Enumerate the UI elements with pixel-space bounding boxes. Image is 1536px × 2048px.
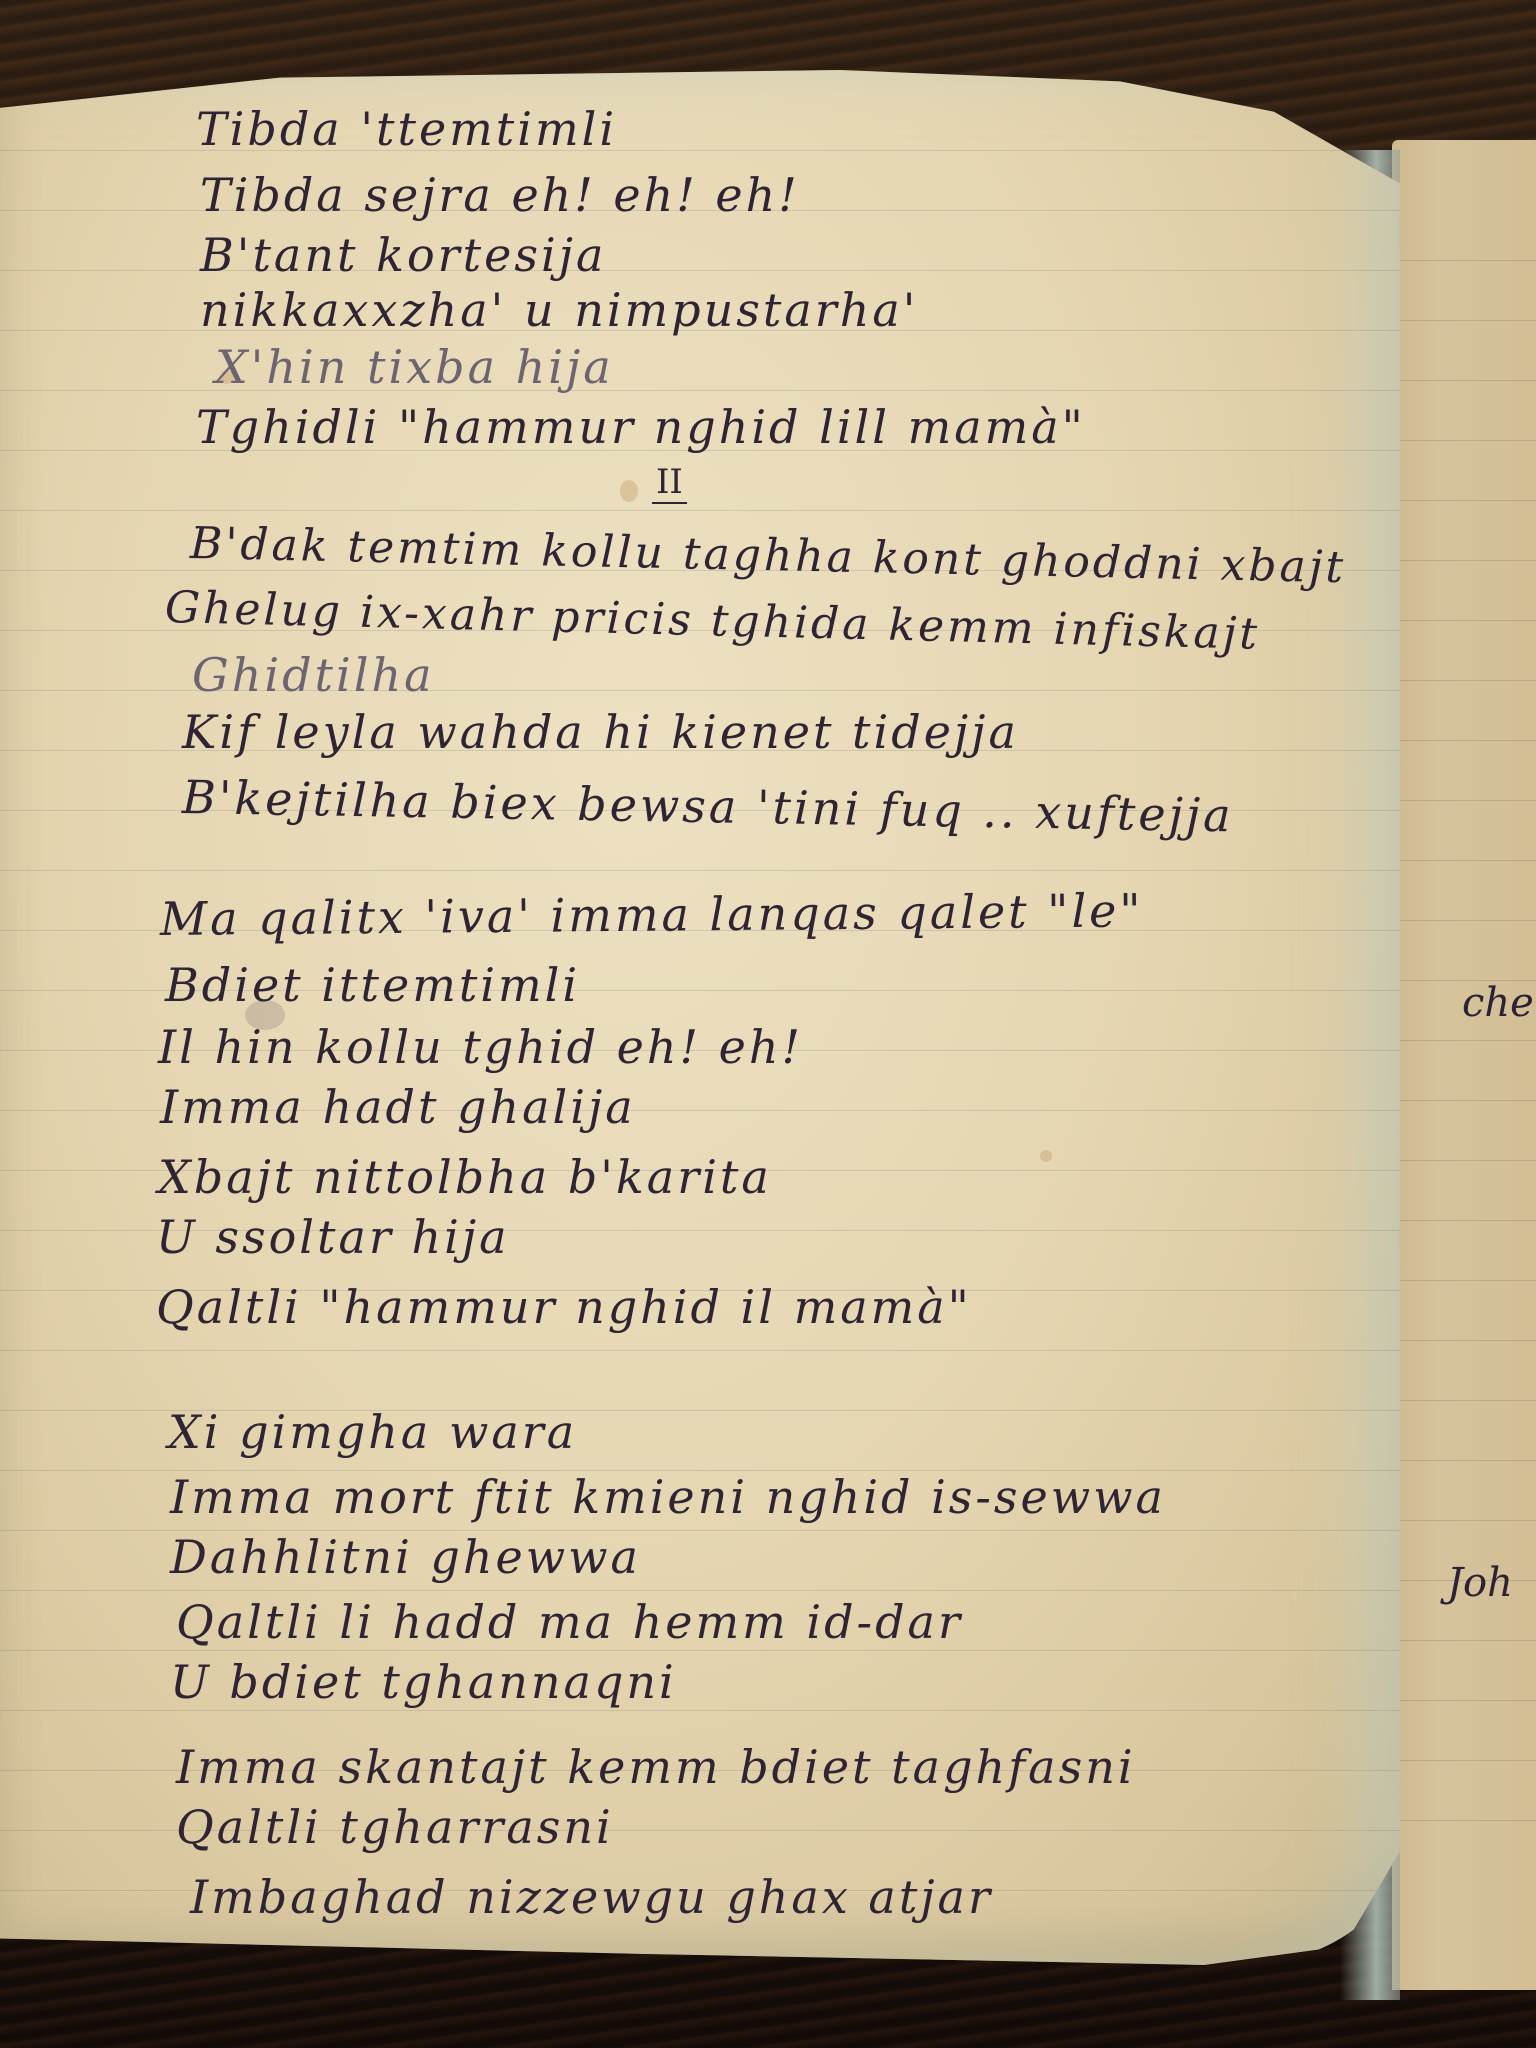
poem-line: Tibda sejra eh! eh! eh! — [200, 168, 800, 222]
poem-line: Xi gimgha wara — [168, 1405, 577, 1459]
poem-line: Qaltli li hadd ma hemm id-dar — [176, 1595, 963, 1649]
poem-line: Qaltli tgharrasni — [176, 1800, 614, 1854]
section-number: II — [652, 462, 687, 504]
poem-line: Kif leyla wahda hi kienet tidejja — [182, 705, 1019, 759]
adjacent-notebook-page: che Joh — [1392, 140, 1536, 1990]
poem-line: Qaltli "hammur nghid il mamà" — [156, 1280, 972, 1334]
poem-line: Xbajt nittolbha b'karita — [158, 1150, 772, 1204]
poem-line: U ssoltar hija — [156, 1210, 510, 1264]
adjacent-page-word: che — [1462, 980, 1534, 1026]
poem-line: B'kejtilha biex bewsa 'tini fuq .. xufte… — [182, 770, 1234, 842]
poem-line: Tghidli "hammur nghid lill mamà" — [196, 400, 1086, 454]
poem-line: Imma hadt ghalija — [160, 1080, 636, 1134]
handwritten-poem: Tibda 'ttemtimli Tibda sejra eh! eh! eh!… — [0, 0, 1400, 1900]
poem-line: Imma skantajt kemm bdiet taghfasni — [176, 1740, 1136, 1794]
poem-line: Tibda 'ttemtimli — [196, 102, 617, 156]
poem-line: Dahhlitni ghewwa — [170, 1530, 641, 1584]
poem-line: Bdiet ittemtimli — [165, 958, 580, 1012]
poem-line: nikkaxxzha' u nimpustarha' — [200, 283, 918, 337]
poem-line: Imma mort ftit kmieni nghid is-sewwa — [170, 1470, 1166, 1524]
poem-line: Il hin kollu tghid eh! eh! — [158, 1020, 803, 1074]
poem-line: X'hin tixba hija — [215, 340, 614, 394]
adjacent-page-word: Joh — [1447, 1560, 1513, 1606]
poem-line: Ghidtilha — [192, 648, 435, 702]
poem-line: Ma qalitx 'iva' imma lanqas qalet "le" — [160, 883, 1144, 946]
poem-line: U bdiet tghannaqni — [170, 1655, 677, 1709]
poem-line: Imbaghad nizzewgu ghax atjar — [190, 1870, 993, 1924]
poem-line: B'dak temtim kollu taghha kont ghoddni x… — [189, 518, 1346, 593]
poem-line: B'tant kortesija — [200, 228, 606, 282]
